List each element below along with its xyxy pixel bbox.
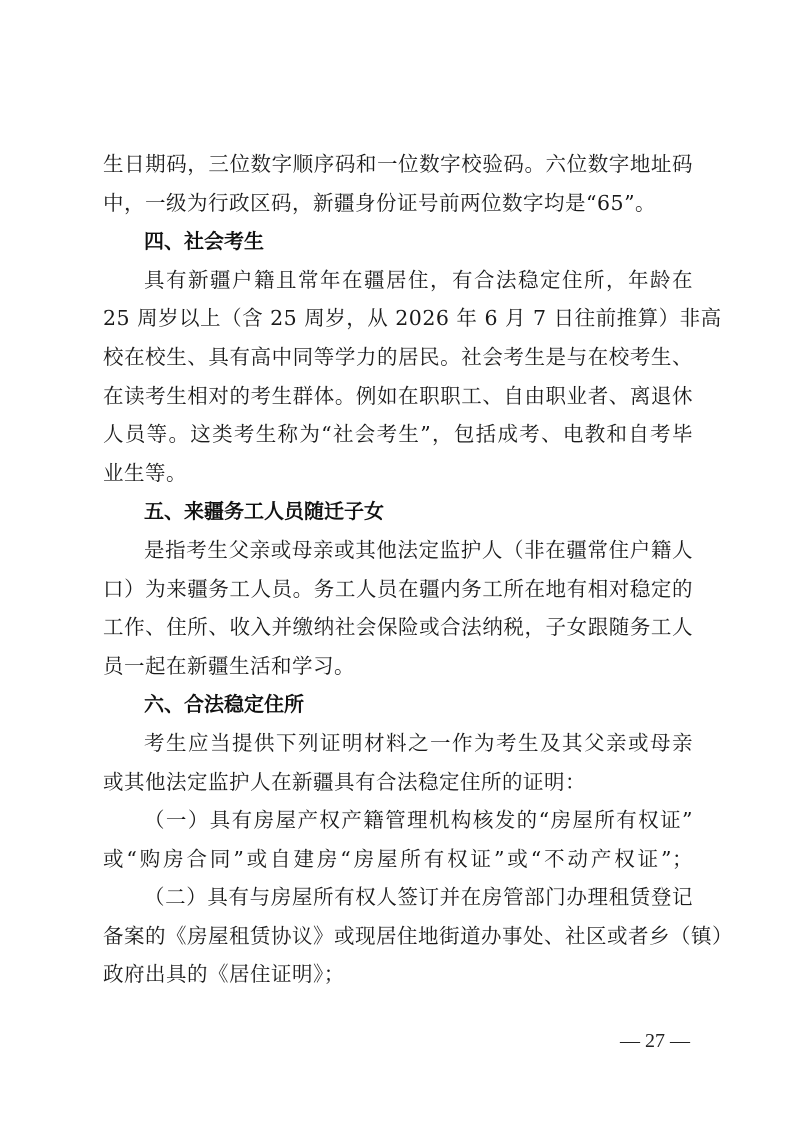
paragraph-line: 在读考生相对的考生群体。例如在职职工、自由职业者、离退休 — [103, 377, 693, 416]
document-body: 生日期码，三位数字顺序码和一位数字校验码。六位数字地址码中，一级为行政区码，新疆… — [103, 145, 693, 994]
paragraph-line: 是指考生父亲或母亲或其他法定监护人（非在疆常住户籍人 — [103, 531, 693, 570]
section-heading: 四、社会考生 — [103, 222, 693, 261]
paragraph-line: 校在校生、具有高中同等学力的居民。社会考生是与在校考生、 — [103, 338, 693, 377]
paragraph-line: 政府出具的《居住证明》； — [103, 955, 693, 994]
paragraph-line: 具有新疆户籍且常年在疆居住，有合法稳定住所，年龄在 — [103, 261, 693, 300]
paragraph-line: （二）具有与房屋所有权人签订并在房管部门办理租赁登记 — [103, 878, 693, 917]
paragraph-line: 员一起在新疆生活和学习。 — [103, 647, 693, 686]
section-heading: 六、合法稳定住所 — [103, 685, 693, 724]
paragraph-line: 25 周岁以上（含 25 周岁，从 2026 年 6 月 7 日往前推算）非高 — [103, 299, 693, 338]
paragraph-line: 工作、住所、收入并缴纳社会保险或合法纳税，子女跟随务工人 — [103, 608, 693, 647]
paragraph-line: 或“购房合同”或自建房“房屋所有权证”或“不动产权证”； — [103, 840, 693, 879]
paragraph-line: （一）具有房屋产权产籍管理机构核发的“房屋所有权证” — [103, 801, 693, 840]
paragraph-line: 中，一级为行政区码，新疆身份证号前两位数字均是“65”。 — [103, 184, 693, 223]
paragraph-line: 考生应当提供下列证明材料之一作为考生及其父亲或母亲 — [103, 724, 693, 763]
paragraph-line: 口）为来疆务工人员。务工人员在疆内务工所在地有相对稳定的 — [103, 570, 693, 609]
paragraph-line: 或其他法定监护人在新疆具有合法稳定住所的证明： — [103, 763, 693, 802]
paragraph-line: 生日期码，三位数字顺序码和一位数字校验码。六位数字地址码 — [103, 145, 693, 184]
section-heading: 五、来疆务工人员随迁子女 — [103, 492, 693, 531]
page-number: — 27 — — [620, 1030, 690, 1053]
paragraph-line: 人员等。这类考生称为“社会考生”，包括成考、电教和自考毕 — [103, 415, 693, 454]
paragraph-line: 备案的《房屋租赁协议》或现居住地街道办事处、社区或者乡（镇） — [103, 917, 693, 956]
paragraph-line: 业生等。 — [103, 454, 693, 493]
document-page: 生日期码，三位数字顺序码和一位数字校验码。六位数字地址码中，一级为行政区码，新疆… — [0, 0, 793, 1122]
